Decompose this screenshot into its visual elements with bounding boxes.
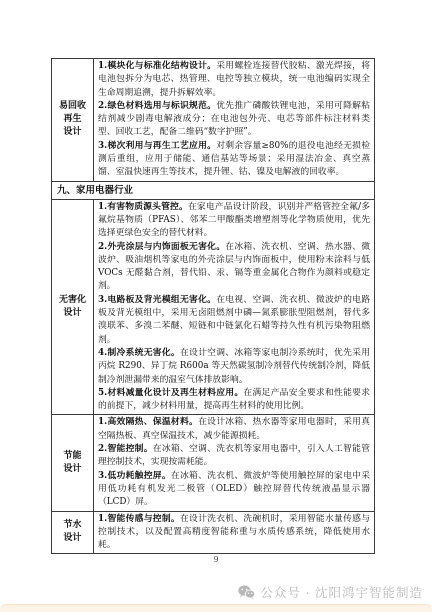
wechat-watermark: 公众号 · 沈阳鸿宇智能制造 bbox=[238, 583, 423, 601]
row-label-harmless-design: 无害化 设计 bbox=[52, 199, 94, 415]
item-lead: 2.外壳涂层与内饰面板无害化。 bbox=[98, 242, 225, 252]
guideline-item: 3.梯次利用与再生工艺应用。对剩余容量≥80%的退役电池经无损检测后重组，应用于… bbox=[98, 140, 370, 180]
row-label-energy-saving-design: 节能 设计 bbox=[52, 415, 94, 511]
row-label-recyclable-design: 易回收 再生 设计 bbox=[52, 59, 94, 182]
table-row-recyclable-design: 易回收 再生 设计 1.模块化与标准化结构设计。采用螺栓连接替代胶粘、激光焊接，… bbox=[52, 59, 375, 182]
bottom-card-edge bbox=[0, 604, 432, 612]
row-label-water-saving-design: 节水 设计 bbox=[52, 511, 94, 554]
row-content-energy-saving-design: 1.高效隔热、保温材料。在设计冰箱、热水器等家用电器时，采用真空隔热板、真空保温… bbox=[94, 415, 375, 511]
page-number: 9 bbox=[0, 555, 432, 564]
guideline-item: 3.低功耗触控屏。在冰箱、洗衣机、微波炉等使用触控屏的家电中采用低功耗有机发光二… bbox=[98, 470, 370, 510]
guideline-item: 1.智能传感与控制。在设计洗衣机、洗碗机时，采用智能水量传感与控制技术，以及配置… bbox=[98, 513, 370, 553]
item-lead: 1.模块化与标准化结构设计。 bbox=[98, 61, 216, 71]
document-page: 易回收 再生 设计 1.模块化与标准化结构设计。采用螺栓连接替代胶粘、激光焊接，… bbox=[0, 0, 432, 612]
item-lead: 1.智能传感与控制。 bbox=[98, 514, 180, 524]
row-content-water-saving-design: 1.智能传感与控制。在设计洗衣机、洗碗机时，采用智能水量传感与控制技术，以及配置… bbox=[94, 511, 375, 554]
green-design-guidelines-table: 易回收 再生 设计 1.模块化与标准化结构设计。采用螺栓连接替代胶粘、激光焊接，… bbox=[51, 58, 375, 554]
guideline-item: 1.高效隔热、保温材料。在设计冰箱、热水器等家用电器时，采用真空隔热板、真空保温… bbox=[98, 416, 370, 443]
item-lead: 2.智能控制。 bbox=[98, 444, 153, 454]
watermark-text: 公众号 · 沈阳鸿宇智能制造 bbox=[260, 583, 423, 601]
wechat-icon bbox=[238, 585, 255, 599]
item-lead: 3.低功耗触控屏。 bbox=[98, 471, 171, 481]
table-row-section-header: 九、家用电器行业 bbox=[52, 181, 375, 199]
guideline-item: 5.材料减量化设计及再生材料应用。在满足产品安全要求和性能要求的前提下，减少材料… bbox=[98, 387, 370, 414]
row-content-harmless-design: 1.有害物质源头管控。在家电产品设计阶段，识别并严格管控全氟/多氟烷基物质（PF… bbox=[94, 199, 375, 415]
item-lead: 1.有害物质源头管控。 bbox=[98, 202, 188, 212]
table-row-water-saving-design: 节水 设计 1.智能传感与控制。在设计洗衣机、洗碗机时，采用智能水量传感与控制技… bbox=[52, 511, 375, 554]
guideline-item: 4.制冷系统无害化。在设计空调、冰箱等家电制冷系统时，优先采用丙烷 R290、异… bbox=[98, 347, 370, 387]
table-row-energy-saving-design: 节能 设计 1.高效隔热、保温材料。在设计冰箱、热水器等家用电器时，采用真空隔热… bbox=[52, 415, 375, 511]
guideline-item: 1.模块化与标准化结构设计。采用螺栓连接替代胶粘、激光焊接，将电池包拆分为电芯、… bbox=[98, 60, 370, 100]
section-header-home-appliances: 九、家用电器行业 bbox=[52, 181, 375, 199]
item-lead: 4.制冷系统无害化。 bbox=[98, 348, 180, 358]
guideline-item: 2.绿色材料选用与标识规范。优先推广磷酸铁锂电池，采用可降解粘结剂减少剧毒电解液… bbox=[98, 100, 370, 140]
guideline-item: 2.智能控制。在冰箱、空调、洗衣机等家用电器中，引入人工智能管理控制技术，实现按… bbox=[98, 443, 370, 470]
item-lead: 3.梯次利用与再生工艺应用。 bbox=[98, 141, 216, 151]
table-row-harmless-design: 无害化 设计 1.有害物质源头管控。在家电产品设计阶段，识别并严格管控全氟/多氟… bbox=[52, 199, 375, 415]
item-lead: 1.高效隔热、保温材料。 bbox=[98, 417, 198, 427]
guideline-item: 2.外壳涂层与内饰面板无害化。在冰箱、洗衣机、空调、热水器、微波炉、吸油烟机等家… bbox=[98, 241, 370, 294]
row-content-recyclable-design: 1.模块化与标准化结构设计。采用螺栓连接替代胶粘、激光焊接，将电池包拆分为电芯、… bbox=[94, 59, 375, 182]
item-lead: 3.电路板及背光模组无害化。 bbox=[98, 295, 216, 305]
item-lead: 2.绿色材料选用与标识规范。 bbox=[98, 101, 216, 111]
item-lead: 5.材料减量化设计及再生材料应用。 bbox=[98, 388, 243, 398]
guideline-item: 3.电路板及背光模组无害化。在电视、空调、洗衣机、微波炉的电路板及背光模组中，采… bbox=[98, 294, 370, 347]
guideline-item: 1.有害物质源头管控。在家电产品设计阶段，识别并严格管控全氟/多氟烷基物质（PF… bbox=[98, 201, 370, 241]
